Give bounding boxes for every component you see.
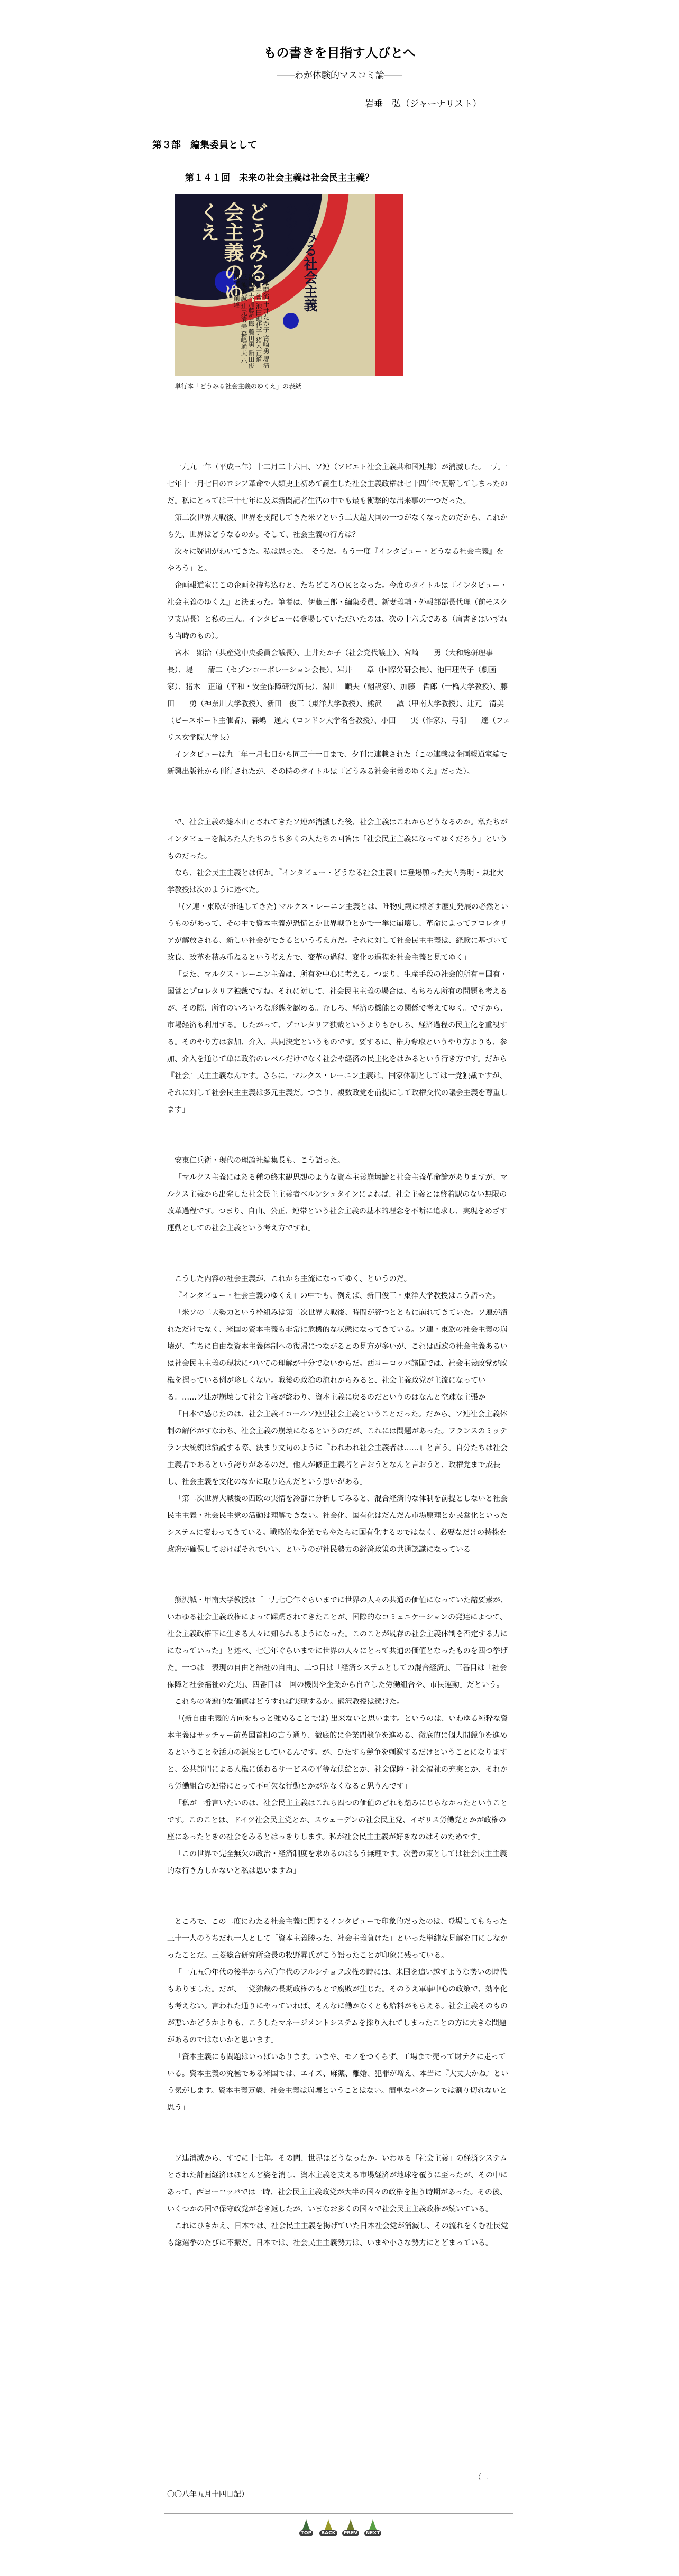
article-paragraph: 「この世界で完全無欠の政治・経済制度を求めるのはもう無理です。次善の策としては社… (167, 1846, 511, 1879)
page-title: もの書きを目指す人びとへ (0, 42, 679, 61)
article-paragraph: 「(新自由主義的方向をもっと強めることでは) 出来ないと思います。というのは、い… (167, 1710, 511, 1795)
article-paragraph: 「(ソ連・東欧が推進してきた) マルクス・レーニン主義とは、唯物史観に根ざす歴史… (167, 898, 511, 966)
paragraph-spacer (167, 780, 511, 814)
article-paragraph: 一九九一年（平成三年）十二月二十六日、ソ連（ソビエト社会主義共和国連邦）が消滅し… (167, 459, 511, 509)
sign-off-open: （二 (167, 2469, 511, 2486)
article-paragraph: 第二次世界大戦後、世界を支配してきた米ソという二大超大国の一つがなくなったのだか… (167, 509, 511, 543)
article-paragraph: これらの普遍的な価値はどうすれば実現するか。熊沢教授は続けた。 (167, 1693, 511, 1710)
figure-caption: 単行本「どうみる社会主義のゆくえ」の表紙 (175, 382, 301, 391)
nav-back-button[interactable]: BACK (319, 2518, 338, 2540)
nav-top-button[interactable]: TOP (297, 2518, 316, 2540)
author-byline: 岩垂 弘（ジャーナリスト） (365, 96, 481, 109)
article-paragraph: 企画報道室にこの企画を持ち込むと、たちどころＯＫとなった。今度のタイトルは『イン… (167, 577, 511, 645)
nav-prev-label: PREV (342, 2530, 360, 2536)
article-paragraph: こうした内容の社会主義が、これから主流になってゆく、というのだ。 (167, 1271, 511, 1287)
article-paragraph: ところで、この二度にわたる社会主義に関するインタビューで印象的だったのは、登場し… (167, 1913, 511, 1964)
nav-next-button[interactable]: NEXT (363, 2518, 382, 2540)
paragraph-spacer (167, 1558, 511, 1592)
nav-next-label: NEXT (364, 2530, 382, 2536)
article-paragraph: 「日本で感じたのは、社会主義イコールソ連型社会主義ということだった。だから、ソ連… (167, 1406, 511, 1490)
article-paragraph: 「第二次世界大戦後の西欧の実情を冷静に分析してみると、混合経済的な体制を前提とし… (167, 1490, 511, 1558)
nav-top-label: TOP (299, 2530, 313, 2536)
article-paragraph: 「また、マルクス・レーニン主義は、所有を中心に考える。つまり、生産手段の社会的所… (167, 966, 511, 1118)
article-paragraph: で、社会主義の総本山とされてきたソ連が消滅した後、社会主義はこれからどうなるのか… (167, 814, 511, 865)
footer-divider (164, 2513, 513, 2514)
page-subtitle: ――わが体験的マスコミ論―― (0, 68, 679, 81)
article-paragraph: 「資本主義にも問題はいっぱいあります。いまや、モノをつくらず、工場まで売って財テ… (167, 2049, 511, 2116)
nav-back-label: BACK (319, 2530, 337, 2536)
article-paragraph: 『インタビュー・社会主義のゆくえ』の中でも、例えば、新田俊三・東洋大学教授はこう… (167, 1287, 511, 1304)
article-paragraph: これにひきかえ、日本では、社会民主主義を掲げていた日本社会党が消滅し、その流れを… (167, 2218, 511, 2251)
paragraph-spacer (167, 1879, 511, 1913)
footer-nav: TOP BACK PREV NEXT (0, 2518, 679, 2540)
article-paragraph: 熊沢誠・甲南大学教授は「一九七〇年ぐらいまでに世界の人々の共通の価値になっていた… (167, 1592, 511, 1693)
article-paragraph: なら、社会民主主義とは何か。『インタビュー・どうなる社会主義』に登場願った大内秀… (167, 865, 511, 898)
article-paragraph: 次々に疑問がわいてきた。私は思った。「そうだ。もう一度『インタビュー・どうなる社… (167, 543, 511, 577)
article-body: 一九九一年（平成三年）十二月二十六日、ソ連（ソビエト社会主義共和国連邦）が消滅し… (167, 459, 511, 2251)
article-paragraph: ソ連消滅から、すでに十七年。その間、世界はどうなったか。いわゆる「社会主義」の経… (167, 2150, 511, 2218)
book-cover-image: どうみる社会主義のゆくえ どうみる社会主義のゆくえ 宮本顕治 土井たか子 宮崎勇… (175, 194, 403, 376)
article-paragraph: インタビューは九二年一月七日から同三十一日まで、夕刊に連載された（この連載は企画… (167, 746, 511, 780)
article-paragraph: 安東仁兵衛・現代の理論社編集長も、こう語った。 (167, 1152, 511, 1169)
article-paragraph: 「私が一番言いたいのは、社会民主主義はこれら四つの価値のどれも踏みにじらなかった… (167, 1795, 511, 1846)
cover-author-list: 宮本顕治 土井たか子 宮崎勇 堤清二 岩井章 池田理代子 猪木正道 湯川順夫 加… (180, 274, 270, 369)
paragraph-spacer (167, 1118, 511, 1152)
sign-off-date: 〇〇八年五月十四日記） (167, 2486, 511, 2503)
spine-blue-dot (283, 313, 299, 329)
article-paragraph: 「米ソの二大勢力という枠組みは第二次世界大戦後、時間が経つとともに崩れてきていた… (167, 1304, 511, 1406)
cover-red-band (375, 194, 403, 376)
part-heading: 第３部 編集委員として (152, 137, 257, 151)
spine-title: どうみる社会主義のゆくえ (280, 202, 319, 313)
article-paragraph: 宮本 顕治（共産党中央委員会議長）、土井たか子（社会党代議士）、宮崎 勇（大和総… (167, 645, 511, 746)
episode-heading: 第１４１回 未来の社会主義は社会民主主義？ (185, 170, 374, 183)
sign-off: （二 〇〇八年五月十四日記） (167, 2469, 511, 2503)
paragraph-spacer (167, 2116, 511, 2150)
paragraph-spacer (167, 1237, 511, 1271)
nav-prev-button[interactable]: PREV (341, 2518, 360, 2540)
article-paragraph: 「マルクス主義にはある種の終末観思想のような資本主義崩壊論と社会主義革命論があり… (167, 1169, 511, 1237)
article-paragraph: 「一九五〇年代の後半から六〇年代のフルシチョフ政権の時には、米国を追い越すような… (167, 1964, 511, 2049)
